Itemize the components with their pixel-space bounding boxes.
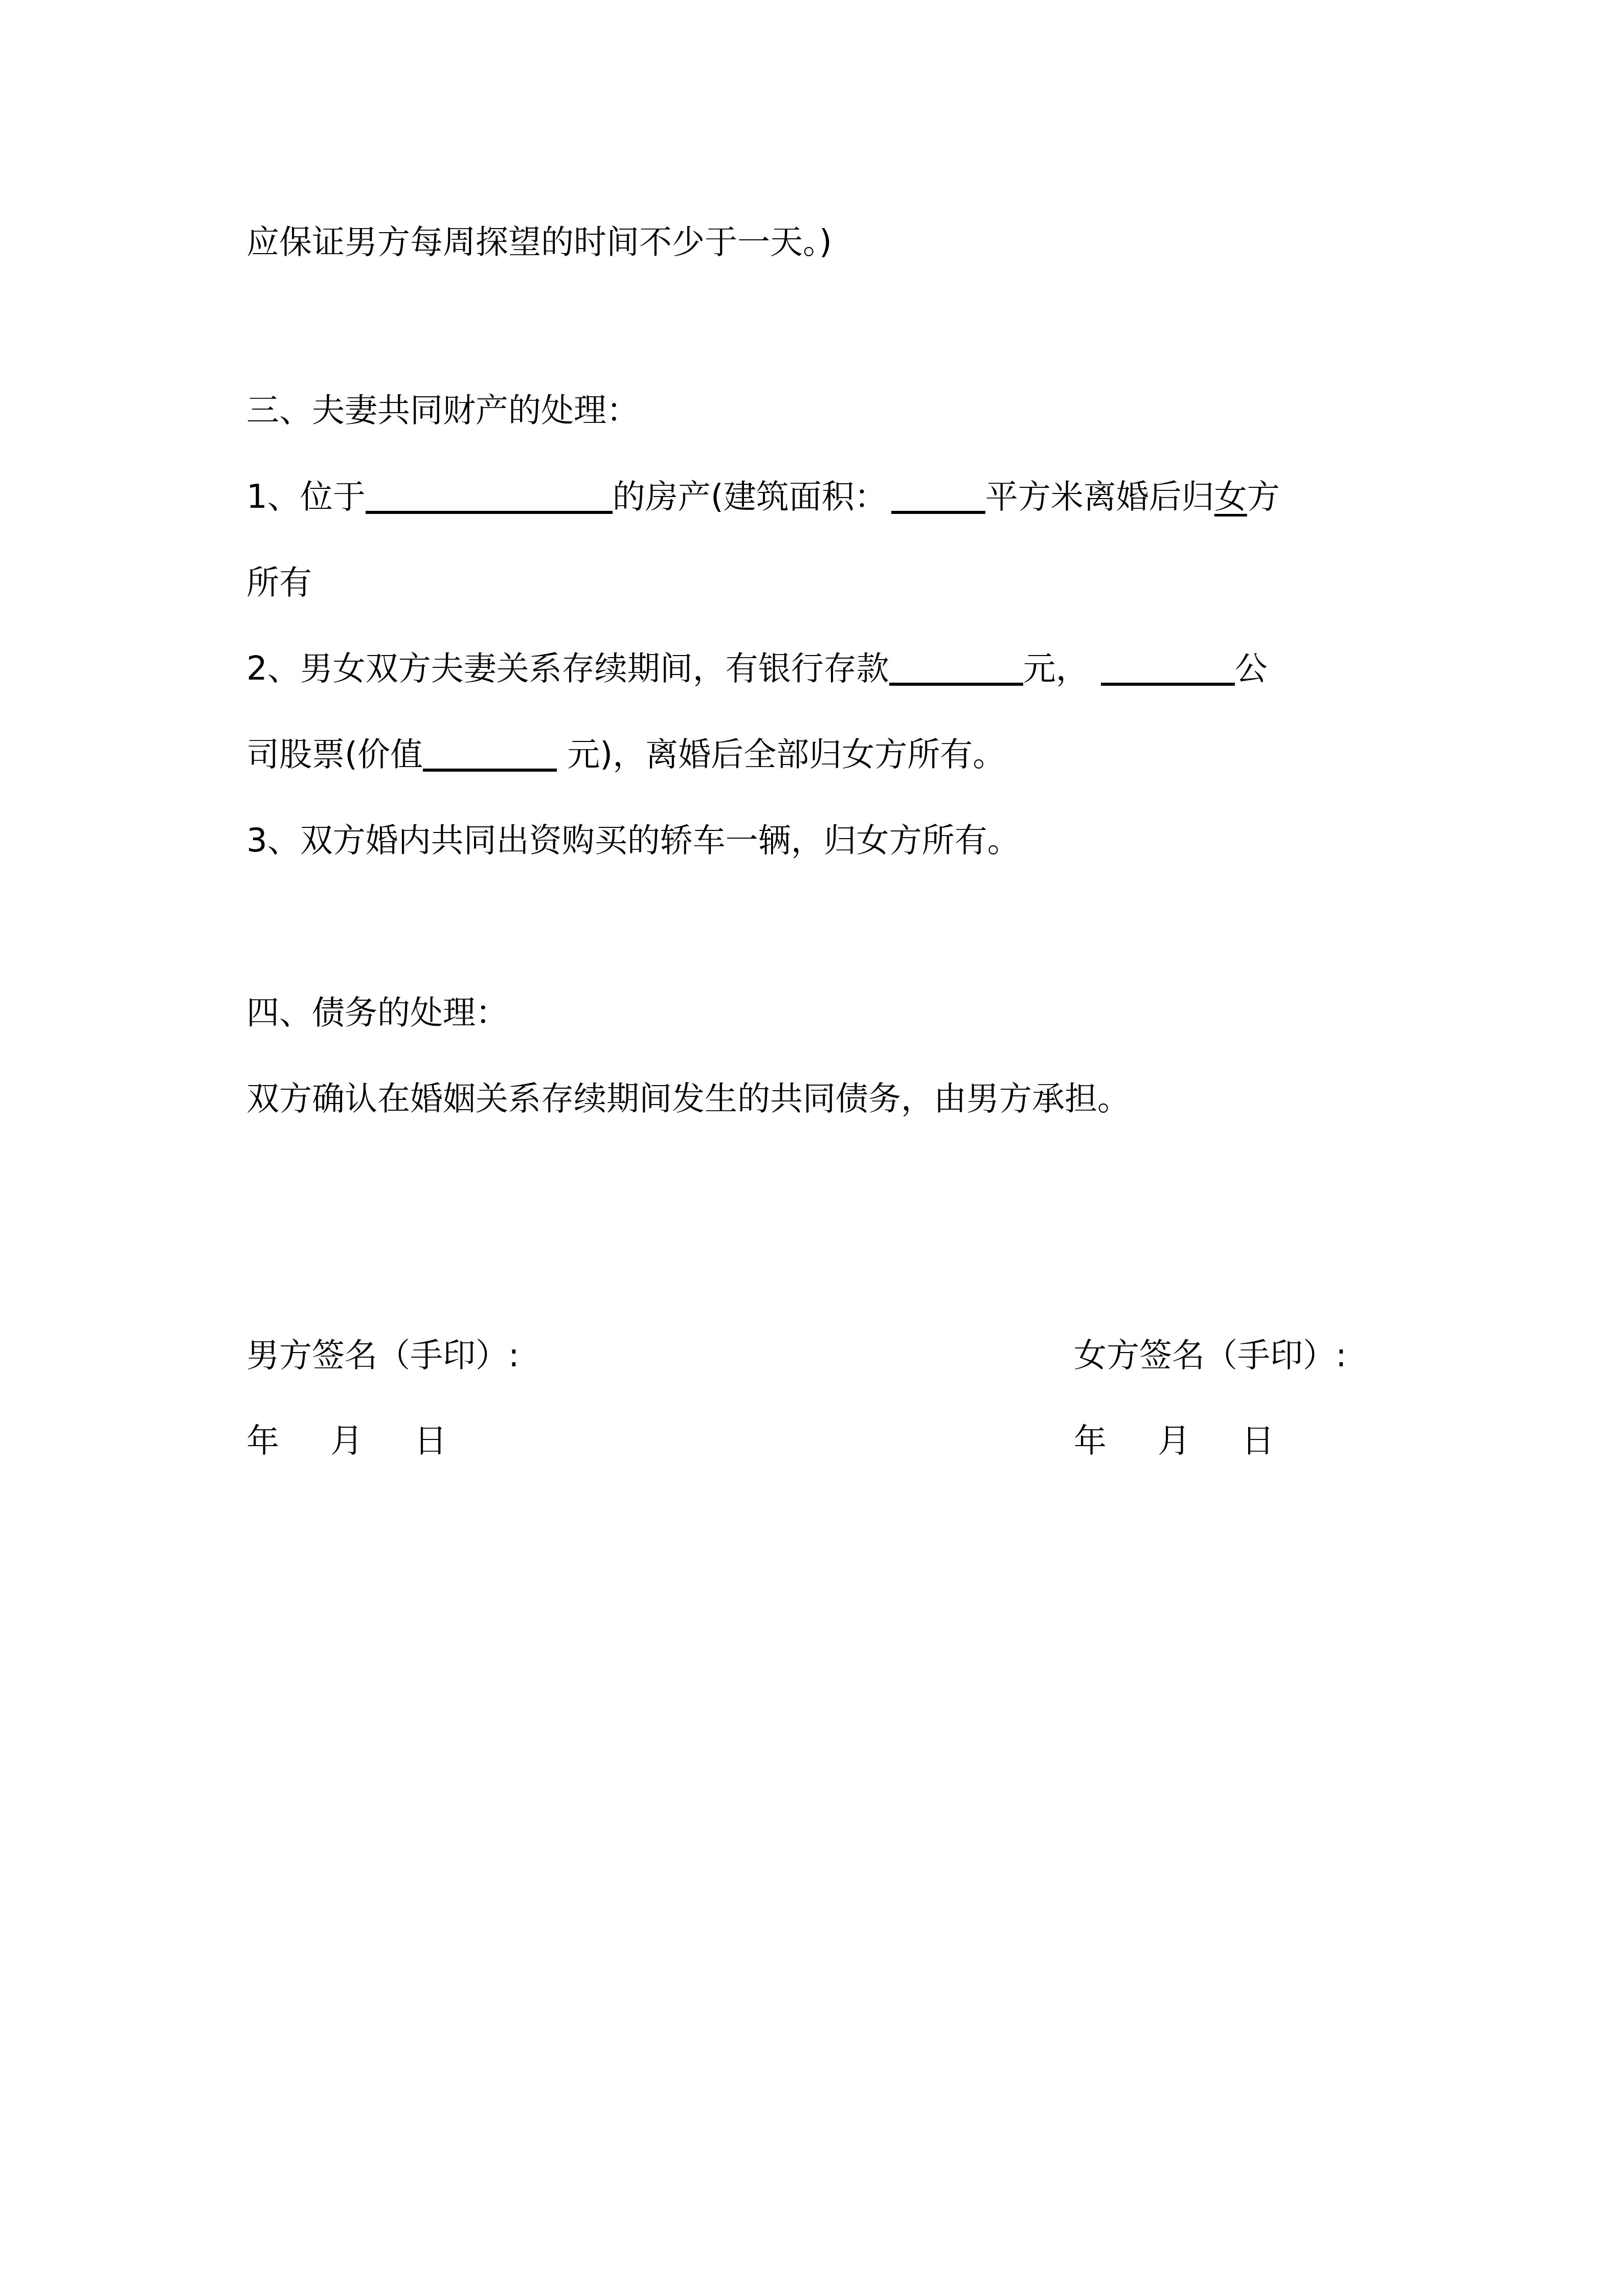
property-item-2: 2、男女双方夫妻关系存续期间，有银行存款元，公 xyxy=(246,646,1268,692)
male-signature-date: 年月日 xyxy=(246,1418,447,1464)
section-3-heading: 三、夫妻共同财产的处理： xyxy=(246,388,639,434)
female-signature-label: 女方签名（手印）: xyxy=(1074,1333,1347,1379)
item2-prefix: 2、男女双方夫妻关系存续期间，有银行存款 xyxy=(246,650,889,688)
stock-value-blank[interactable] xyxy=(423,738,557,772)
property-item-1: 1、位于的房产(建筑面积：平方米离婚后归女方 xyxy=(246,474,1280,520)
item1-suffix-a: 平方米离婚后归 xyxy=(985,478,1214,516)
female-date-day: 日 xyxy=(1242,1418,1274,1464)
item1-suffix-b: 方 xyxy=(1247,478,1280,516)
female-date-month: 月 xyxy=(1158,1418,1190,1464)
bank-deposit-blank[interactable] xyxy=(889,652,1023,686)
item1-mid: 的房产(建筑面积： xyxy=(613,478,887,516)
document-page: 应保证男方每周探望的时间不少于一天。) 三、夫妻共同财产的处理： 1、位于的房产… xyxy=(0,0,1623,2296)
item2-line2-suffix: 元)，离婚后全部归女方所有。 xyxy=(557,736,1005,774)
item1-prefix: 1、位于 xyxy=(246,478,366,516)
section-4-heading: 四、债务的处理： xyxy=(246,990,508,1036)
item1-underlined-female: 女 xyxy=(1214,478,1247,516)
item2-line2-prefix: 司股票(价值 xyxy=(246,736,423,774)
company-stock-blank[interactable] xyxy=(1101,652,1235,686)
floor-area-blank[interactable] xyxy=(891,480,985,514)
clause-continuation: 应保证男方每周探望的时间不少于一天。) xyxy=(246,219,832,265)
male-date-day: 日 xyxy=(414,1418,447,1464)
debt-clause: 双方确认在婚姻关系存续期间发生的共同债务，由男方承担。 xyxy=(246,1076,1130,1122)
female-date-year: 年 xyxy=(1074,1418,1107,1464)
male-date-month: 月 xyxy=(330,1418,363,1464)
male-signature-label: 男方签名（手印）: xyxy=(246,1333,520,1379)
property-item-2-wrap: 司股票(价值 元)，离婚后全部归女方所有。 xyxy=(246,732,1005,778)
property-location-blank[interactable] xyxy=(366,480,613,514)
male-date-year: 年 xyxy=(246,1418,279,1464)
female-signature-date: 年月日 xyxy=(1074,1418,1274,1464)
property-item-3: 3、双方婚内共同出资购买的轿车一辆，归女方所有。 xyxy=(246,818,1020,864)
item2-end1: 公 xyxy=(1235,650,1268,688)
property-item-1-wrap: 所有 xyxy=(246,560,312,606)
item2-mid1: 元， xyxy=(1023,650,1089,688)
